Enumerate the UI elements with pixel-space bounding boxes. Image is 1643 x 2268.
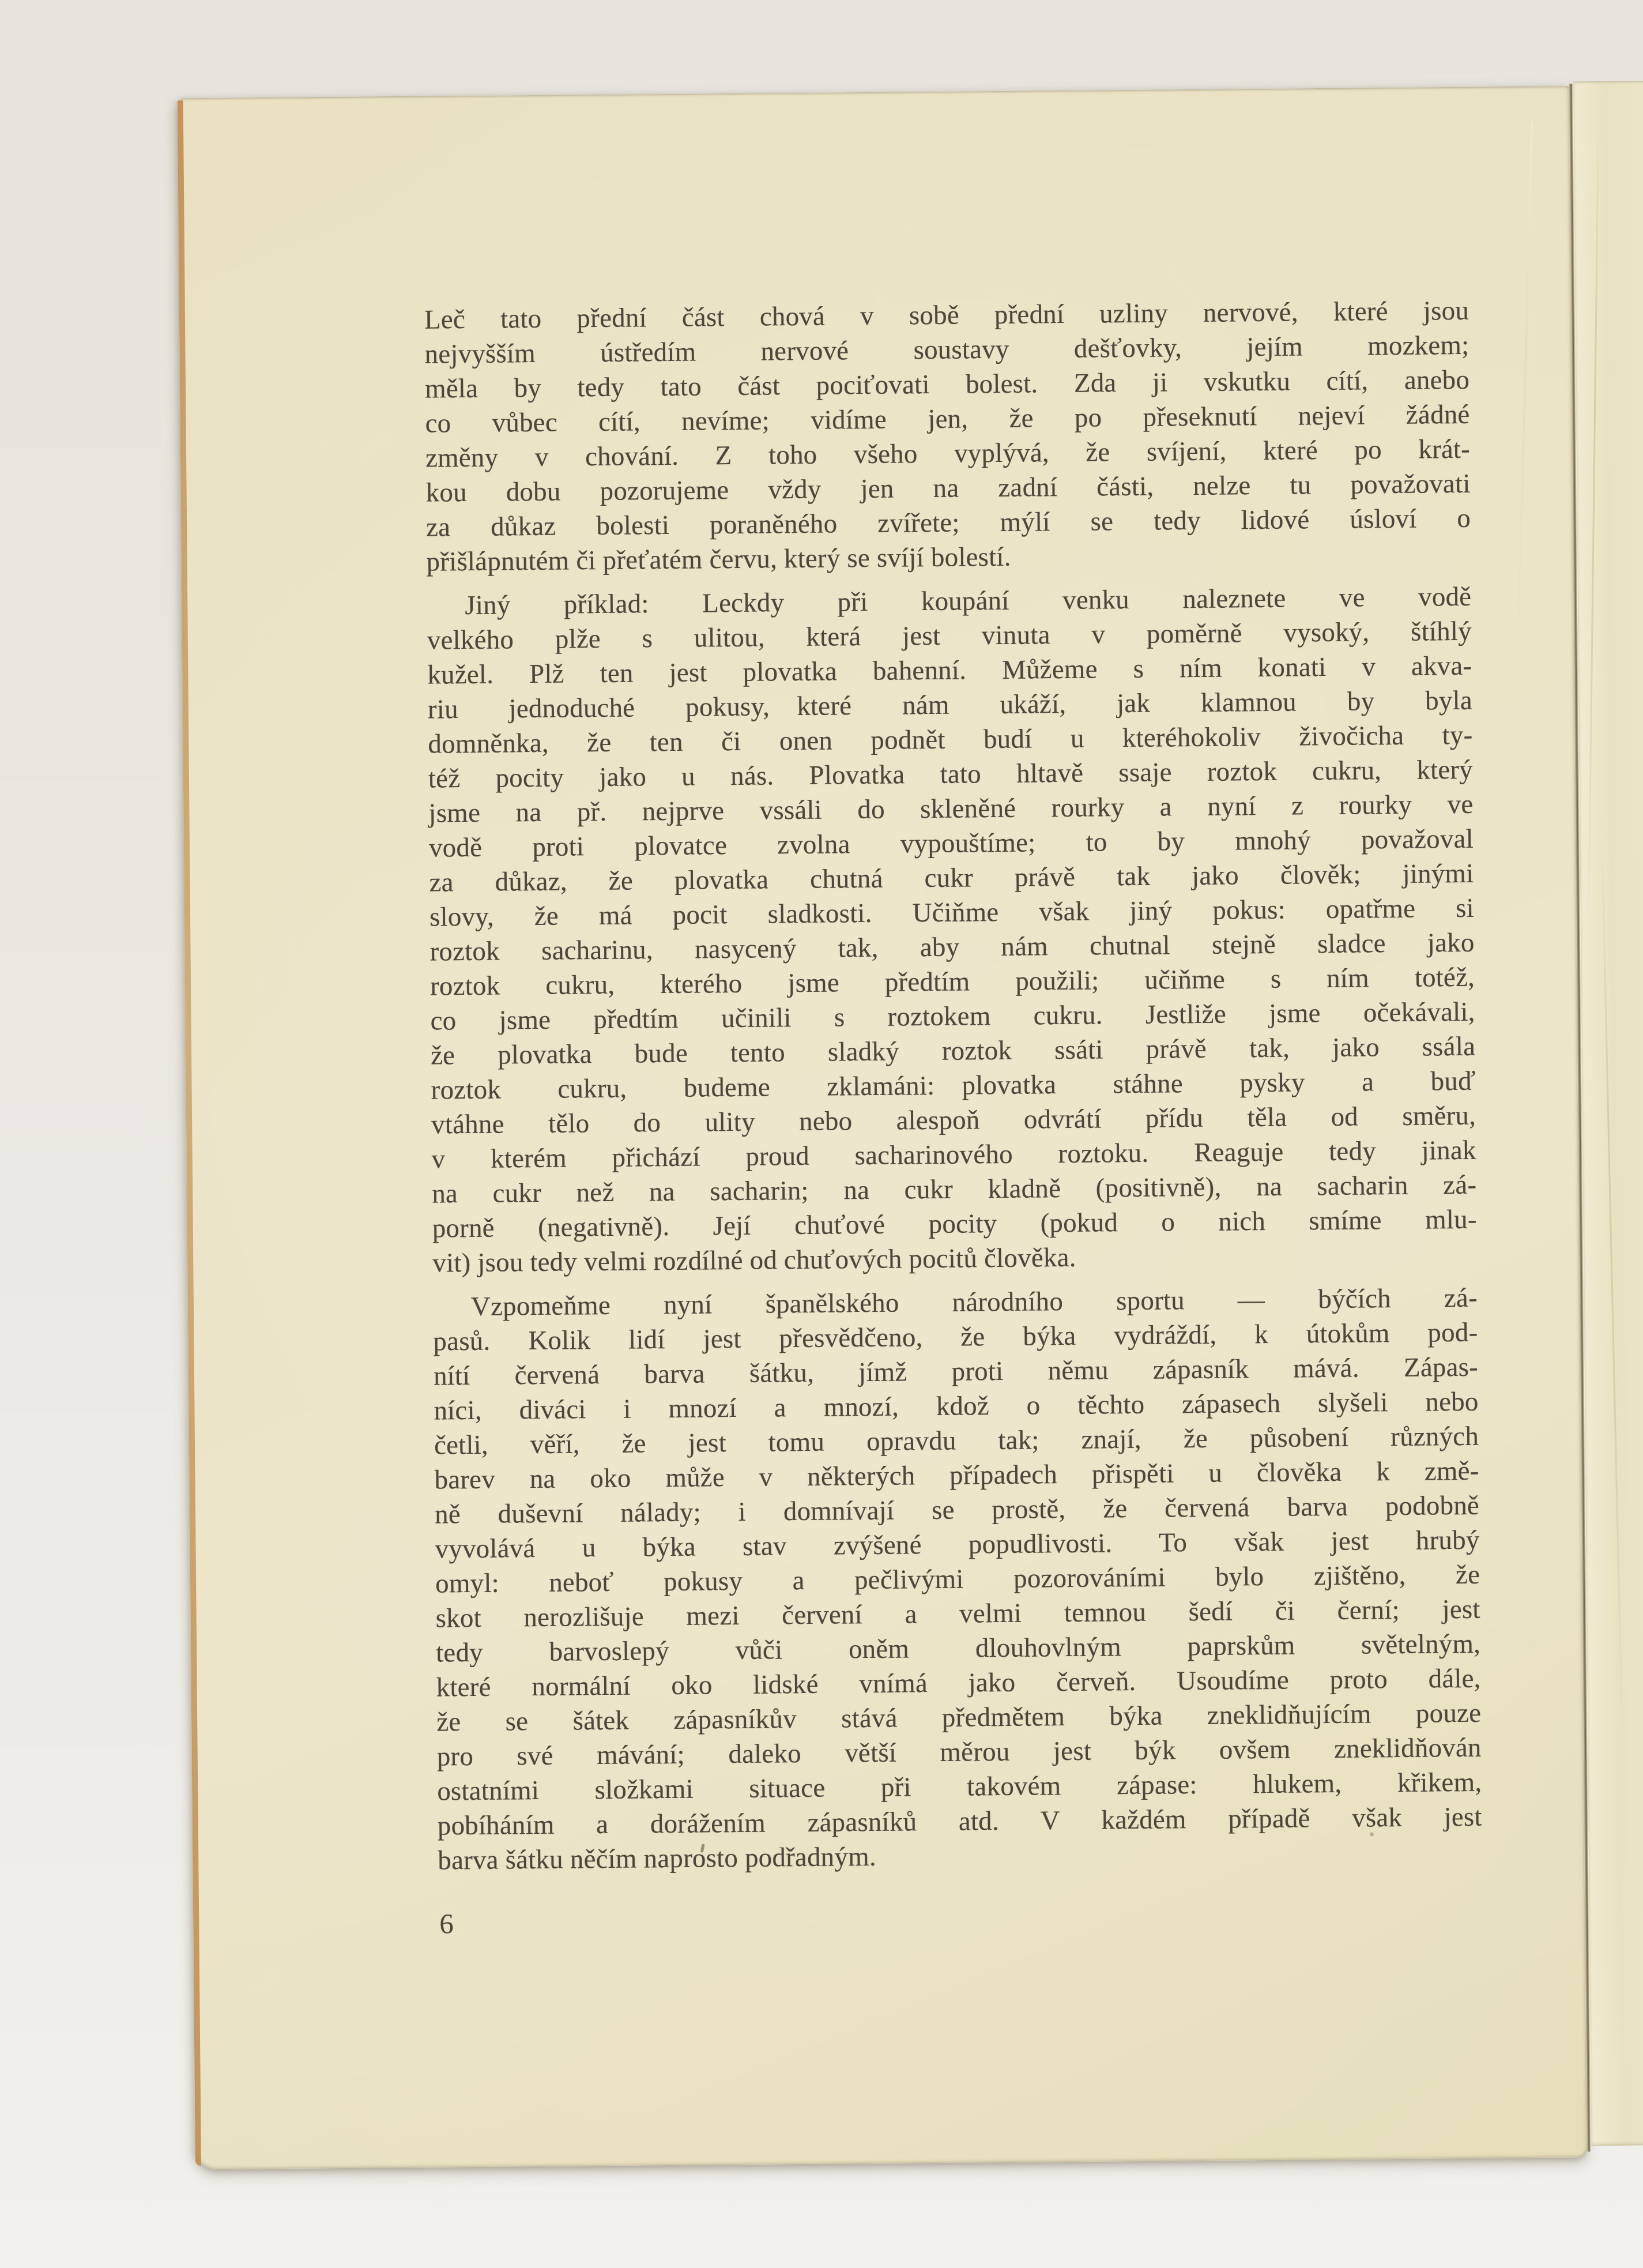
ink-speck xyxy=(1370,1832,1374,1836)
paper-wrinkle xyxy=(1587,104,1599,969)
book-page: Leč tato přední část chová v sobě přední… xyxy=(178,86,1587,2169)
paragraph-1: Leč tato přední část chová v sobě přední… xyxy=(424,294,1471,580)
scanned-book-spread: Leč tato přední část chová v sobě přední… xyxy=(178,85,1643,2174)
page-number: 6 xyxy=(439,1906,454,1941)
paragraph-2: Jiný příklad: Leckdy při koupání venku n… xyxy=(427,580,1477,1281)
ink-speck xyxy=(478,739,481,742)
page-text-block: Leč tato přední část chová v sobě přední… xyxy=(424,294,1483,1878)
paper-crease xyxy=(1516,121,1533,686)
paper-wrinkle xyxy=(1601,831,1625,1811)
book-fore-edge xyxy=(178,100,201,2166)
paragraph-3: Vzpomeňme nyní španělského národního spo… xyxy=(433,1281,1483,1878)
